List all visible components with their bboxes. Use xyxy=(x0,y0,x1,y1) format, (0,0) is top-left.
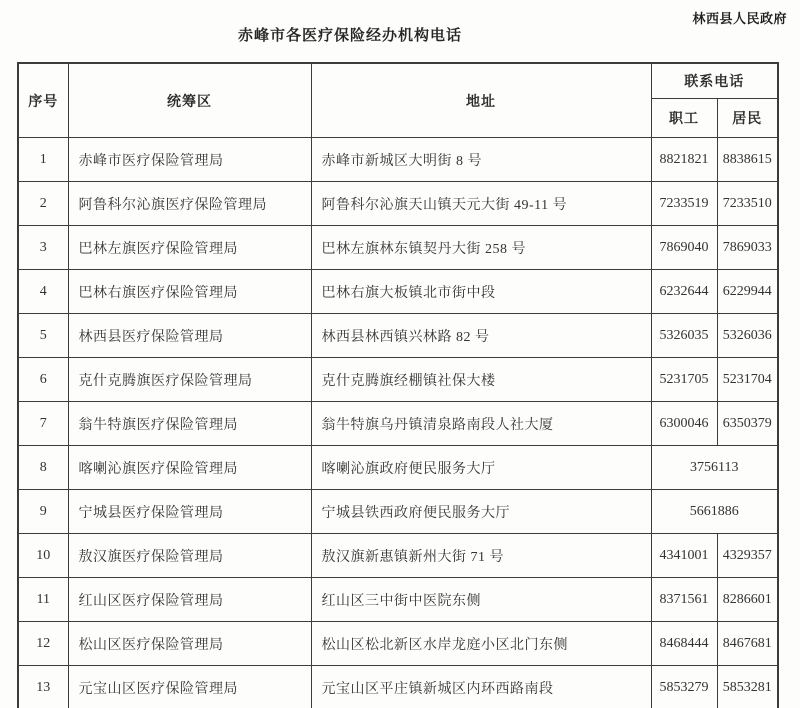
table-row: 9宁城县医疗保险管理局宁城县铁西政府便民服务大厅5661886 xyxy=(18,490,778,534)
row-index-cell: 4 xyxy=(18,270,68,314)
row-index-cell: 5 xyxy=(18,314,68,358)
table-row: 7翁牛特旗医疗保险管理局翁牛特旗乌丹镇清泉路南段人社大厦630004663503… xyxy=(18,402,778,446)
row-index-cell: 13 xyxy=(18,666,68,708)
table-row: 3巴林左旗医疗保险管理局巴林左旗林东镇契丹大街 258 号78690407869… xyxy=(18,226,778,270)
phone-merged-cell: 3756113 xyxy=(651,446,778,490)
resident-phone-cell: 4329357 xyxy=(717,534,778,578)
table-row: 11红山区医疗保险管理局红山区三中街中医院东侧83715618286601 xyxy=(18,578,778,622)
region-cell: 红山区医疗保险管理局 xyxy=(68,578,311,622)
table-row: 8喀喇沁旗医疗保险管理局喀喇沁旗政府便民服务大厅3756113 xyxy=(18,446,778,490)
row-index-cell: 11 xyxy=(18,578,68,622)
document-page: { "page": { "watermark": "林西县人民政府", "tit… xyxy=(0,0,800,708)
table-body: 1赤峰市医疗保险管理局赤峰市新城区大明街 8 号882182188386152阿… xyxy=(18,138,778,708)
employee-phone-cell: 8821821 xyxy=(651,138,717,182)
resident-phone-cell: 5326036 xyxy=(717,314,778,358)
row-index-cell: 2 xyxy=(18,182,68,226)
resident-phone-cell: 7233510 xyxy=(717,182,778,226)
employee-phone-cell: 5853279 xyxy=(651,666,717,708)
address-cell: 红山区三中街中医院东侧 xyxy=(311,578,651,622)
resident-phone-cell: 5853281 xyxy=(717,666,778,708)
address-cell: 翁牛特旗乌丹镇清泉路南段人社大厦 xyxy=(311,402,651,446)
table-row: 4巴林右旗医疗保险管理局巴林右旗大板镇北市街中段62326446229944 xyxy=(18,270,778,314)
header-phone-employee: 职工 xyxy=(651,99,717,138)
resident-phone-cell: 7869033 xyxy=(717,226,778,270)
address-cell: 喀喇沁旗政府便民服务大厅 xyxy=(311,446,651,490)
region-cell: 松山区医疗保险管理局 xyxy=(68,622,311,666)
header-phone-group: 联系电话 xyxy=(651,63,778,99)
resident-phone-cell: 6229944 xyxy=(717,270,778,314)
row-index-cell: 10 xyxy=(18,534,68,578)
employee-phone-cell: 8468444 xyxy=(651,622,717,666)
address-cell: 敖汉旗新惠镇新州大街 71 号 xyxy=(311,534,651,578)
insurance-phone-table: 序号 统筹区 地址 联系电话 职工 居民 1赤峰市医疗保险管理局赤峰市新城区大明… xyxy=(17,62,779,708)
row-index-cell: 7 xyxy=(18,402,68,446)
header-region: 统筹区 xyxy=(68,63,311,138)
region-cell: 元宝山区医疗保险管理局 xyxy=(68,666,311,708)
resident-phone-cell: 8467681 xyxy=(717,622,778,666)
table-row: 6克什克腾旗医疗保险管理局克什克腾旗经棚镇社保大楼52317055231704 xyxy=(18,358,778,402)
table-row: 1赤峰市医疗保险管理局赤峰市新城区大明街 8 号88218218838615 xyxy=(18,138,778,182)
region-cell: 阿鲁科尔沁旗医疗保险管理局 xyxy=(68,182,311,226)
region-cell: 巴林左旗医疗保险管理局 xyxy=(68,226,311,270)
government-watermark: 林西县人民政府 xyxy=(692,8,787,27)
region-cell: 克什克腾旗医疗保险管理局 xyxy=(68,358,311,402)
employee-phone-cell: 5231705 xyxy=(651,358,717,402)
employee-phone-cell: 7869040 xyxy=(651,226,717,270)
address-cell: 松山区松北新区水岸龙庭小区北门东侧 xyxy=(311,622,651,666)
table-row: 12松山区医疗保险管理局松山区松北新区水岸龙庭小区北门东侧84684448467… xyxy=(18,622,778,666)
employee-phone-cell: 8371561 xyxy=(651,578,717,622)
resident-phone-cell: 6350379 xyxy=(717,402,778,446)
table-row: 2阿鲁科尔沁旗医疗保险管理局阿鲁科尔沁旗天山镇天元大街 49-11 号72335… xyxy=(18,182,778,226)
address-cell: 宁城县铁西政府便民服务大厅 xyxy=(311,490,651,534)
row-index-cell: 1 xyxy=(18,138,68,182)
header-row-top: 序号 统筹区 地址 联系电话 xyxy=(18,63,778,99)
region-cell: 林西县医疗保险管理局 xyxy=(68,314,311,358)
address-cell: 克什克腾旗经棚镇社保大楼 xyxy=(311,358,651,402)
address-cell: 林西县林西镇兴林路 82 号 xyxy=(311,314,651,358)
region-cell: 宁城县医疗保险管理局 xyxy=(68,490,311,534)
resident-phone-cell: 5231704 xyxy=(717,358,778,402)
region-cell: 巴林右旗医疗保险管理局 xyxy=(68,270,311,314)
table-row: 5林西县医疗保险管理局林西县林西镇兴林路 82 号53260355326036 xyxy=(18,314,778,358)
address-cell: 元宝山区平庄镇新城区内环西路南段 xyxy=(311,666,651,708)
employee-phone-cell: 7233519 xyxy=(651,182,717,226)
row-index-cell: 6 xyxy=(18,358,68,402)
address-cell: 赤峰市新城区大明街 8 号 xyxy=(311,138,651,182)
header-index: 序号 xyxy=(18,63,68,138)
address-cell: 阿鲁科尔沁旗天山镇天元大街 49-11 号 xyxy=(311,182,651,226)
header-address: 地址 xyxy=(311,63,651,138)
table-header: 序号 统筹区 地址 联系电话 职工 居民 xyxy=(18,63,778,138)
page-title: 赤峰市各医疗保险经办机构电话 xyxy=(0,24,700,45)
table-row: 10敖汉旗医疗保险管理局敖汉旗新惠镇新州大街 71 号4341001432935… xyxy=(18,534,778,578)
region-cell: 赤峰市医疗保险管理局 xyxy=(68,138,311,182)
region-cell: 翁牛特旗医疗保险管理局 xyxy=(68,402,311,446)
resident-phone-cell: 8286601 xyxy=(717,578,778,622)
address-cell: 巴林右旗大板镇北市街中段 xyxy=(311,270,651,314)
header-phone-resident: 居民 xyxy=(717,99,778,138)
region-cell: 敖汉旗医疗保险管理局 xyxy=(68,534,311,578)
row-index-cell: 8 xyxy=(18,446,68,490)
address-cell: 巴林左旗林东镇契丹大街 258 号 xyxy=(311,226,651,270)
phone-merged-cell: 5661886 xyxy=(651,490,778,534)
region-cell: 喀喇沁旗医疗保险管理局 xyxy=(68,446,311,490)
resident-phone-cell: 8838615 xyxy=(717,138,778,182)
employee-phone-cell: 5326035 xyxy=(651,314,717,358)
employee-phone-cell: 6232644 xyxy=(651,270,717,314)
row-index-cell: 3 xyxy=(18,226,68,270)
employee-phone-cell: 4341001 xyxy=(651,534,717,578)
row-index-cell: 9 xyxy=(18,490,68,534)
row-index-cell: 12 xyxy=(18,622,68,666)
table-row: 13元宝山区医疗保险管理局元宝山区平庄镇新城区内环西路南段58532795853… xyxy=(18,666,778,708)
employee-phone-cell: 6300046 xyxy=(651,402,717,446)
